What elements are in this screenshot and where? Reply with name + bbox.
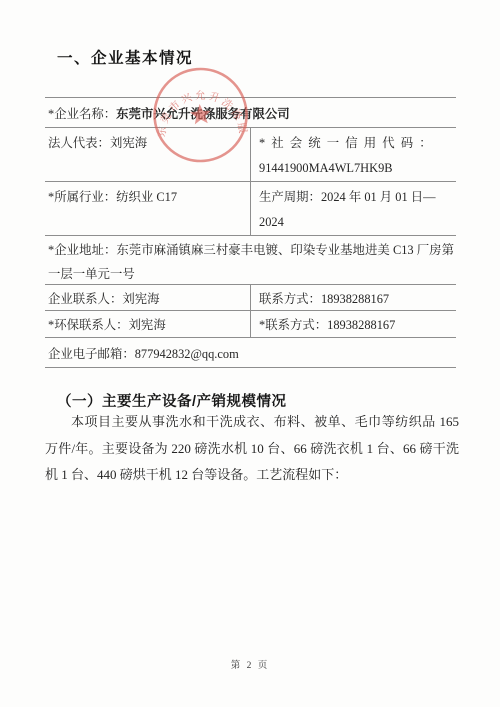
table-row-env-contact: *环保联系人：刘宪海 *联系方式：18938288167 bbox=[45, 311, 456, 338]
scanned-document-page: 一、企业基本情况 *企业名称：东莞市兴允升洗涤服务有限公司 法人代表：刘宪海 *… bbox=[0, 0, 500, 707]
production-period-line1: 生产周期：2024 年 01 月 01 日—2024 bbox=[259, 185, 452, 235]
credit-code-label: * 社 会 统 一 信 用 代 码 ： bbox=[259, 131, 452, 156]
credit-code-cell: * 社 会 统 一 信 用 代 码 ： 91441900MA4WL7HK9B bbox=[250, 128, 456, 181]
company-address-cell: *企业地址：东莞市麻涌镇麻三村豪丰电镀、印染专业基地进美 C13 厂房第一层一单… bbox=[45, 236, 456, 284]
credit-code-value: 91441900MA4WL7HK9B bbox=[259, 156, 452, 181]
contact-name-cell: 企业联系人：刘宪海 bbox=[45, 285, 250, 310]
company-info-table: *企业名称：东莞市兴允升洗涤服务有限公司 法人代表：刘宪海 * 社 会 统 一 … bbox=[45, 97, 456, 368]
contact-phone-cell: 联系方式：18938288167 bbox=[250, 285, 456, 310]
section-heading: （一）主要生产设备/产销规模情况 bbox=[57, 390, 287, 411]
legal-rep-cell: 法人代表：刘宪海 bbox=[45, 128, 250, 181]
env-contact-name-cell: *环保联系人：刘宪海 bbox=[45, 311, 250, 337]
table-row-contact: 企业联系人：刘宪海 联系方式：18938288167 bbox=[45, 285, 456, 311]
production-period-cell: 生产周期：2024 年 01 月 01 日—2024 年 12 月 31 日 bbox=[250, 182, 456, 235]
table-row-industry: *所属行业：纺织业 C17 生产周期：2024 年 01 月 01 日—2024… bbox=[45, 182, 456, 236]
env-contact-phone-cell: *联系方式：18938288167 bbox=[250, 311, 456, 337]
page-title: 一、企业基本情况 bbox=[57, 46, 193, 68]
production-description-paragraph: 本项目主要从事洗水和干洗成衣、布料、被单、毛巾等纺织品 165 万件/年。主要设… bbox=[45, 409, 459, 489]
page-number: 第 2 页 bbox=[0, 657, 500, 671]
industry-cell: *所属行业：纺织业 C17 bbox=[45, 182, 250, 235]
table-row-address: *企业地址：东莞市麻涌镇麻三村豪丰电镀、印染专业基地进美 C13 厂房第一层一单… bbox=[45, 236, 456, 285]
table-row-company-name: *企业名称：东莞市兴允升洗涤服务有限公司 bbox=[45, 98, 456, 128]
table-row-legal-rep: 法人代表：刘宪海 * 社 会 统 一 信 用 代 码 ： 91441900MA4… bbox=[45, 128, 456, 182]
company-email-cell: 企业电子邮箱：877942832@qq.com bbox=[45, 338, 456, 367]
table-row-email: 企业电子邮箱：877942832@qq.com bbox=[45, 338, 456, 368]
company-name-value: 东莞市兴允升洗涤服务有限公司 bbox=[116, 104, 289, 122]
company-name-cell: *企业名称：东莞市兴允升洗涤服务有限公司 bbox=[45, 98, 456, 127]
company-name-label: *企业名称： bbox=[48, 104, 116, 122]
